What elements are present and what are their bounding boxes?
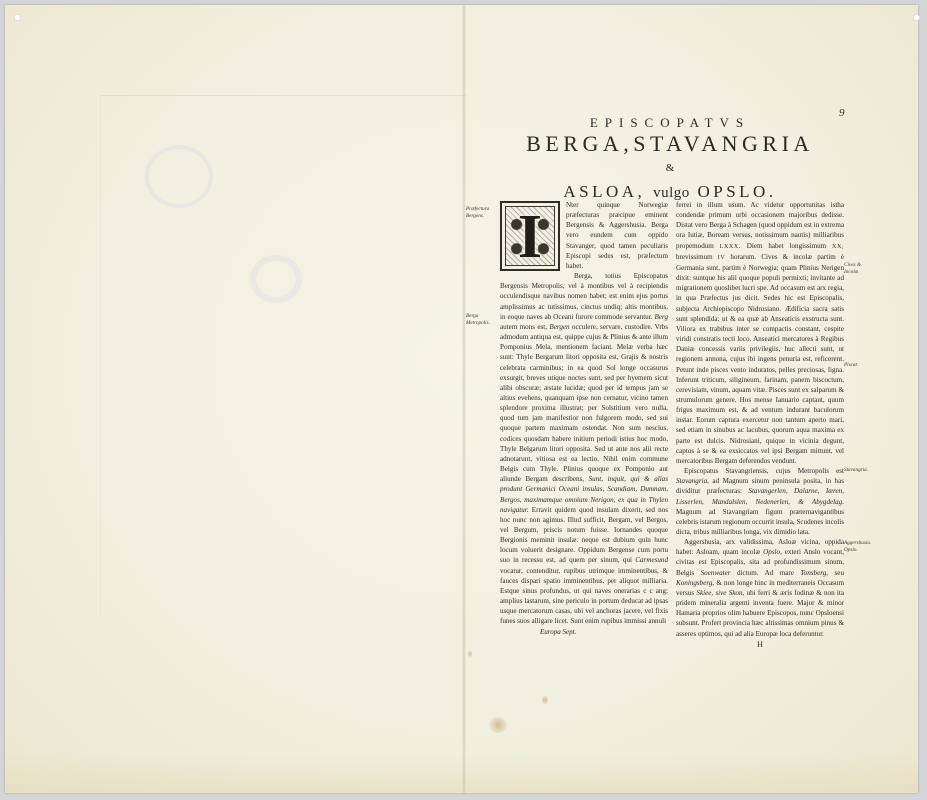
title-vulgo: vulgo	[653, 185, 690, 201]
center-fold	[462, 5, 466, 793]
numeral: LXXX.	[720, 244, 741, 250]
right-column: ferrei in illum usum. Ac videtur opportu…	[676, 200, 844, 650]
italic-run: Tonsberg	[800, 569, 826, 577]
italic-run: Koningsberg	[676, 579, 712, 587]
decorated-initial: I	[500, 201, 560, 271]
title-asloa: ASLOA,	[563, 182, 645, 201]
page-number: 9	[839, 107, 845, 119]
margin-note-piscat: Piscat.	[844, 362, 874, 369]
margin-note-cives: Cives & Incolæ.	[844, 262, 874, 275]
text-run: dictum. Ad mare	[731, 569, 801, 577]
paragraph-aggershusia: Aggershusia, arx validissima, Asloæ vici…	[676, 537, 844, 639]
foxing-stain	[542, 695, 548, 705]
italic-run: Opslo	[763, 548, 780, 556]
foxing-stain	[468, 650, 472, 658]
show-through-cartouche	[145, 145, 213, 208]
text-run: Diem habet longissimum	[741, 242, 832, 250]
text-run: horarum. Cives & incolæ partim è Germani…	[676, 253, 844, 465]
text-run: occulere, servare, custodire. Vrbs admod…	[500, 323, 668, 483]
text-run: autem mons est,	[500, 323, 549, 331]
text-run: vocatur, contenditur, rupibus utrimque i…	[500, 567, 668, 626]
foxing-stain	[489, 717, 507, 733]
pin-hole	[913, 14, 920, 21]
italic-run: Stavangria	[676, 477, 707, 485]
italic-run: Carmesund	[635, 556, 668, 564]
initial-letter: I	[502, 205, 558, 269]
italic-run: Soenwater	[701, 569, 731, 577]
paragraph-berga: Berga, totius Episcopatus Bergensis Metr…	[500, 271, 668, 626]
numeral: XX,	[832, 244, 844, 250]
italic-run: Berg	[654, 313, 668, 321]
title-ampersand: &	[500, 162, 840, 174]
show-through-cartouche	[250, 255, 302, 303]
margin-note-praefectura: Præfectura Bergens.	[466, 206, 496, 219]
paragraph-berga-cont: ferrei in illum usum. Ac videtur opportu…	[676, 200, 844, 466]
title-line-berga-stavangria: BERGA,STAVANGRIA	[500, 132, 840, 156]
left-column: I Nter quinque Norwegiæ præfecturas præc…	[500, 200, 668, 638]
pin-hole	[14, 14, 21, 21]
margin-note-stavangria: Stavangria.	[844, 467, 874, 474]
margin-note-metropolis: Berga Metropolis.	[466, 313, 496, 326]
text-run: Episcopatus Stavangriensis, cujus Metrop…	[684, 467, 844, 475]
text-run: Magnum ad Stavangriam figum præternaviga…	[676, 508, 844, 536]
signature-mark: H	[676, 639, 844, 650]
text-run: Berga, totius Episcopatus Bergensis Metr…	[500, 272, 668, 321]
text-run: , seu	[826, 569, 844, 577]
italic-run: Skiee, sive Skon	[696, 589, 742, 597]
title-line-episcopatus: EPISCOPATVS	[500, 116, 840, 130]
catchword: Europa Sept.	[500, 627, 668, 638]
paragraph-stavangria: Episcopatus Stavangriensis, cujus Metrop…	[676, 466, 844, 537]
text-page: 9 EPISCOPATVS BERGA,STAVANGRIA & ASLOA, …	[500, 100, 840, 203]
text-run: brevissimum	[676, 253, 718, 261]
title-opslo: OPSLO.	[697, 182, 776, 201]
margin-note-aggershusia: Aggershusia. Opslo.	[844, 540, 874, 553]
italic-run: Bergen	[549, 323, 569, 331]
